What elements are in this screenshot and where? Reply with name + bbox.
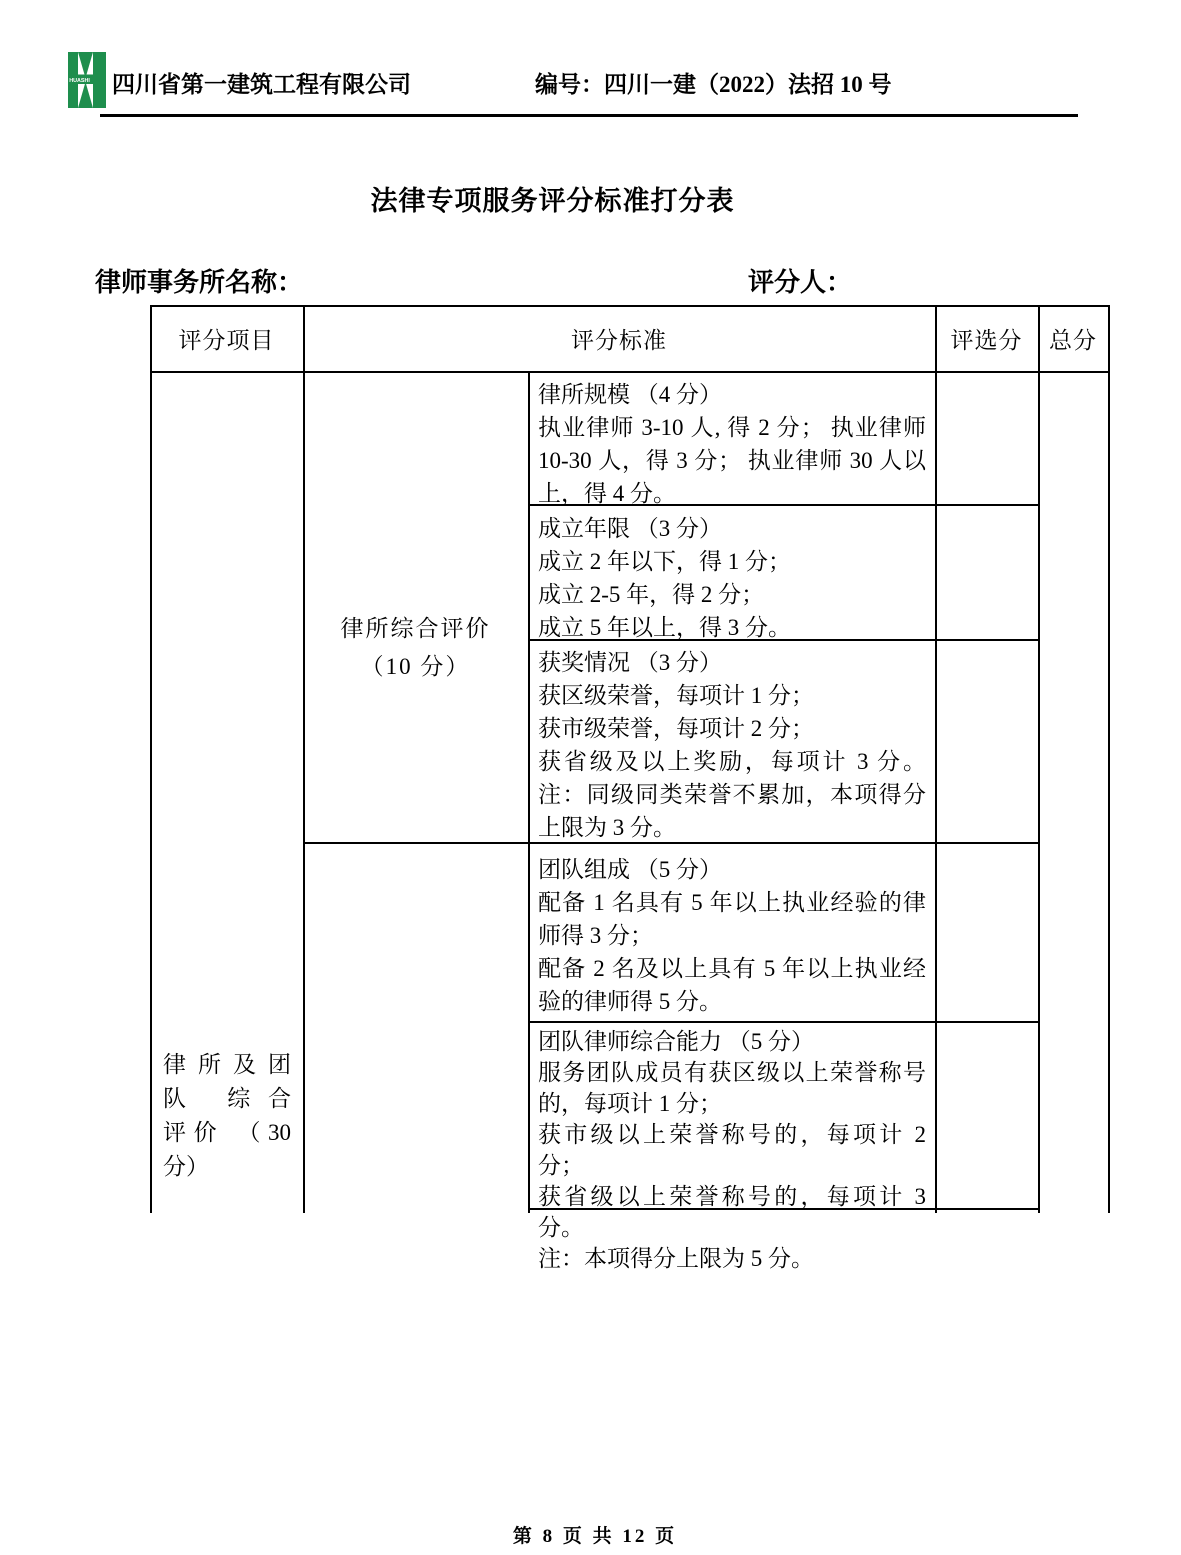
page-title: 法律专项服务评分标准打分表 <box>0 179 1105 218</box>
text-line: 成立年限 （3 分） <box>538 512 926 545</box>
criteria-cell-years-established: 成立年限 （3 分）成立 2 年以下，得 1 分；成立 2-5 年，得 2 分；… <box>538 512 926 644</box>
text-line: 配备 2 名及以上具有 5 年以上执业经验的律师得 5 分。 <box>538 952 926 1018</box>
text-line: 获市级以上荣誉称号的，每项计 2 分； <box>538 1119 926 1181</box>
total-score-cell <box>1040 373 1106 1213</box>
text-line: 成立 5 年以上，得 3 分。 <box>538 611 926 644</box>
subgroup-label-cell: 律所综合评价（10 分） <box>303 610 528 686</box>
text-line: 队 综合 <box>163 1082 291 1116</box>
text-line: 团队组成 （5 分） <box>538 853 926 886</box>
logo-text: HUASHI <box>69 78 90 84</box>
huashi-logo-icon: HUASHI <box>68 52 106 108</box>
score-cell-5 <box>937 1023 1036 1207</box>
score-cell-2 <box>937 506 1036 638</box>
col-divider-2 <box>528 371 530 1213</box>
table-border-left <box>150 305 152 1213</box>
criteria-cell-awards: 获奖情况 （3 分）获区级荣誉，每项计 1 分；获市级荣誉，每项计 2 分；获省… <box>538 646 926 844</box>
header-rule <box>100 114 1078 117</box>
text-line: 配备 1 名具有 5 年以上执业经验的律师得 3 分； <box>538 886 926 952</box>
criteria-cell-team-composition: 团队组成 （5 分）配备 1 名具有 5 年以上执业经验的律师得 3 分；配备 … <box>538 853 926 1018</box>
text-line: 获省级及以上奖励，每项计 3 分。注：同级同类荣誉不累加，本项得分 上限为 3 … <box>538 745 926 844</box>
col-divider-1 <box>303 305 305 1213</box>
text-line: 评价 （30 <box>163 1116 291 1150</box>
text-line: 获市级荣誉，每项计 2 分； <box>538 712 926 745</box>
score-cell-3 <box>937 641 1036 841</box>
score-cell-4 <box>937 844 1036 1020</box>
text-line: 成立 2-5 年，得 2 分； <box>538 578 926 611</box>
column-header-criteria: 评分标准 <box>303 305 935 371</box>
scoring-item-cell: 律所及团队 综合评价 （30分） <box>163 1048 291 1184</box>
text-line: 律所规模 （4 分） <box>538 378 926 411</box>
document-number: 编号：四川一建（2022）法招 10 号 <box>535 66 892 99</box>
text-line: 注：本项得分上限为 5 分。 <box>538 1243 926 1274</box>
table-border-right <box>1108 305 1110 1213</box>
column-header-item: 评分项目 <box>150 305 303 371</box>
text-line: 分） <box>163 1150 291 1184</box>
text-line: 执业律师 3-10 人, 得 2 分； 执业律师 10-30 人，得 3 分； … <box>538 411 926 510</box>
document-page: HUASHI 四川省第一建筑工程有限公司 编号：四川一建（2022）法招 10 … <box>0 0 1181 1555</box>
criteria-cell-team-ability: 团队律师综合能力 （5 分）服务团队成员有获区级以上荣誉称号 的，每项计 1 分… <box>538 1026 926 1274</box>
page-number: 第 8 页 共 12 页 <box>0 1521 1181 1548</box>
text-line: 获奖情况 （3 分） <box>538 646 926 679</box>
company-name: 四川省第一建筑工程有限公司 <box>112 66 411 99</box>
text-line: 获省级以上荣誉称号的，每项计 3 分。 <box>538 1181 926 1243</box>
column-header-selected-score: 评选分 <box>935 305 1038 371</box>
text-line: （10 分） <box>303 648 528 686</box>
scorer-label: 评分人： <box>748 262 852 299</box>
text-line: 律所综合评价 <box>303 610 528 648</box>
text-line: 团队律师综合能力 （5 分） <box>538 1026 926 1057</box>
text-line: 律所及团 <box>163 1048 291 1082</box>
text-line: 成立 2 年以下，得 1 分； <box>538 545 926 578</box>
criteria-cell-firm-scale: 律所规模 （4 分）执业律师 3-10 人, 得 2 分； 执业律师 10-30… <box>538 378 926 510</box>
text-line: 获区级荣誉，每项计 1 分； <box>538 679 926 712</box>
firm-name-label: 律师事务所名称： <box>95 262 303 299</box>
score-cell-1 <box>937 373 1036 503</box>
column-header-total-score: 总分 <box>1038 305 1108 371</box>
text-line: 服务团队成员有获区级以上荣誉称号 的，每项计 1 分； <box>538 1057 926 1119</box>
